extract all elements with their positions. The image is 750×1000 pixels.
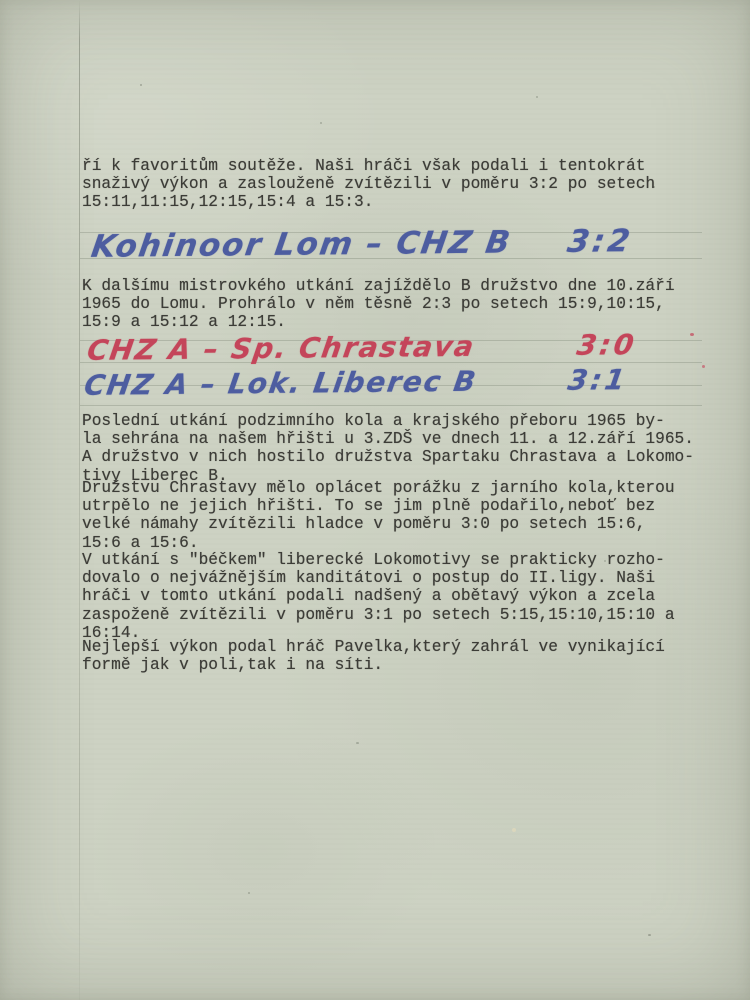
paper-speck xyxy=(648,934,651,936)
match-teams-label: CHZ A – Lok. Liberec B xyxy=(82,365,479,402)
match-heading-lok-liberec: CHZ A – Lok. Liberec B 3:1 xyxy=(82,363,630,402)
typed-paragraph-liberec-match: V utkání s "béčkem" liberecké Lokomotivy… xyxy=(82,551,675,642)
paper-speck xyxy=(356,742,359,744)
typed-paragraph-chrastava-match: Družstvu Chrastavy mělo oplácet porážku … xyxy=(82,479,675,552)
paper-speck xyxy=(248,892,250,894)
match-heading-kohinoor-lom: Kohinoor Lom – CHZ B 3:2 xyxy=(89,223,635,265)
ink-speck xyxy=(690,333,694,336)
match-teams-label: CHZ A – Sp. Chrastava xyxy=(85,330,477,367)
typed-paragraph-autumn-round: Poslední utkání podzimního kola a krajsk… xyxy=(82,412,694,485)
paper-speck xyxy=(536,96,538,98)
ink-speck xyxy=(702,365,705,368)
typed-paragraph-lom-away-match: K dalšímu mistrovkého utkání zajíždělo B… xyxy=(82,277,675,332)
paper-speck xyxy=(512,828,516,832)
scanned-page: ří k favoritům soutěže. Naši hráči však … xyxy=(0,0,750,1000)
match-score-value: 3:1 xyxy=(566,363,630,397)
paper-fold-crease xyxy=(79,0,80,1000)
typed-paragraph-intro: ří k favoritům soutěže. Naši hráči však … xyxy=(82,157,655,212)
match-heading-chrastava: CHZ A – Sp. Chrastava 3:0 xyxy=(85,328,639,367)
paper-speck xyxy=(320,122,322,124)
match-teams-label: Kohinoor Lom – CHZ B xyxy=(89,224,514,264)
match-score-value: 3:0 xyxy=(575,328,639,362)
paper-speck xyxy=(140,84,142,86)
typed-paragraph-best-player: Nejlepší výkon podal hráč Pavelka,který … xyxy=(82,638,665,674)
match-score-value: 3:2 xyxy=(565,223,635,260)
ruled-guideline xyxy=(80,405,702,406)
